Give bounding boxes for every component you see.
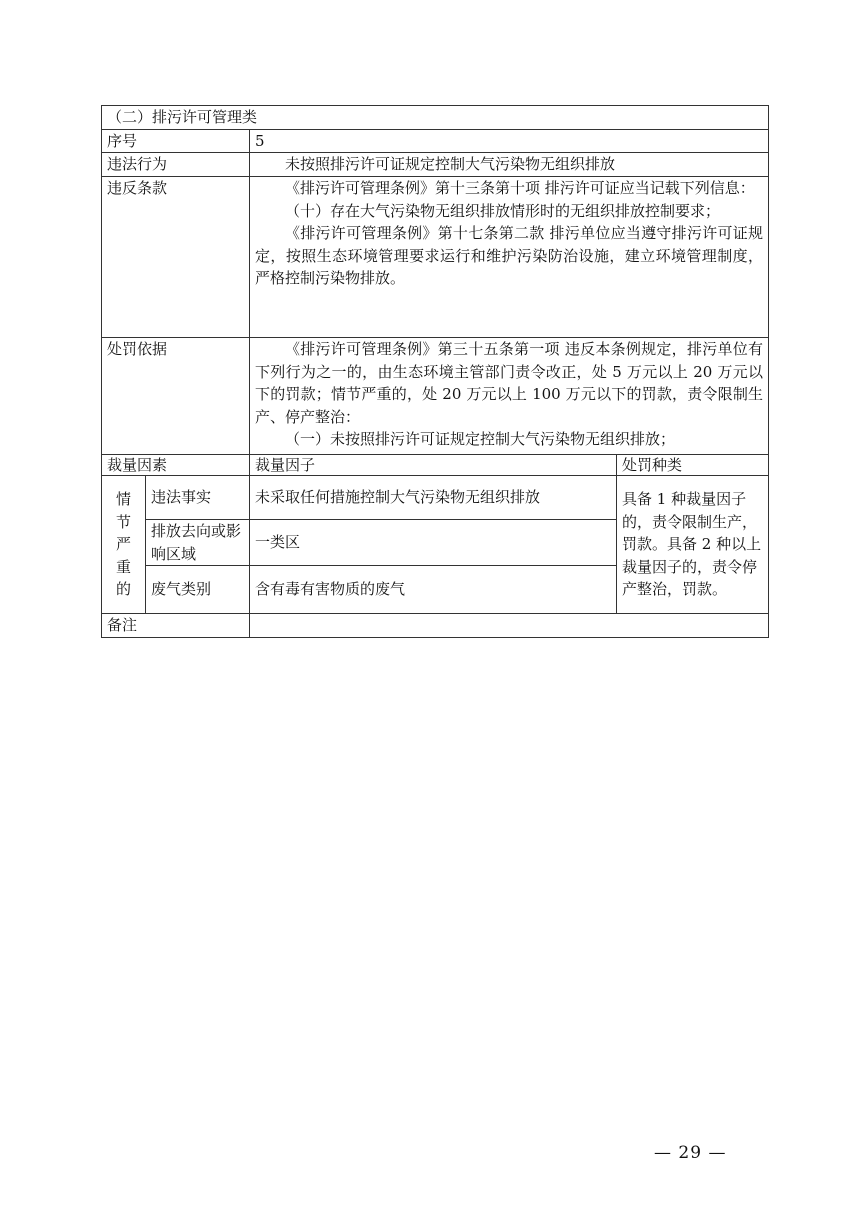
penalty-basis-text: 《排污许可管理条例》第三十五条第一项 违反本条例规定，排污单位有下列行为之一的，… (250, 338, 769, 455)
factor-name: 违法事实 (146, 476, 250, 520)
penalty-type-text: 具备 1 种裁量因子的，责令限制生产，罚款。具备 2 种以上裁量因子的，责令停产… (617, 476, 769, 614)
basis-paragraph: 《排污许可管理条例》第三十五条第一项 违反本条例规定，排污单位有下列行为之一的，… (255, 338, 763, 428)
discretion-factor-header: 裁量因子 (250, 455, 617, 476)
discretion-factors-header: 裁量因素 (102, 455, 250, 476)
violated-provisions-label: 违反条款 (102, 177, 250, 338)
penalty-basis-label: 处罚依据 (102, 338, 250, 455)
violation-value: 未按照排污许可证规定控制大气污染物无组织排放 (250, 153, 769, 177)
remarks-label: 备注 (102, 614, 250, 638)
group-char: 情 (102, 488, 145, 511)
violation-label: 违法行为 (102, 153, 250, 177)
factor-value: 未采取任何措施控制大气污染物无组织排放 (250, 476, 617, 520)
factor-name: 废气类别 (146, 566, 250, 614)
group-char: 严 (102, 533, 145, 556)
severity-group-label: 情 节 严 重 的 (102, 476, 146, 614)
penalty-discretion-table: （二）排污许可管理类 序号 5 违法行为 未按照排污许可证规定控制大气污染物无组… (101, 105, 769, 638)
page-number: — 29 — (654, 1143, 726, 1163)
remarks-value (250, 614, 769, 638)
factor-name: 排放去向或影响区域 (146, 520, 250, 566)
violated-provisions-text: 《排污许可管理条例》第十三条第十项 排污许可证应当记载下列信息： （十）存在大气… (250, 177, 769, 338)
section-title: （二）排污许可管理类 (102, 106, 769, 130)
serial-label: 序号 (102, 129, 250, 153)
group-char: 的 (102, 578, 145, 601)
penalty-type-header: 处罚种类 (617, 455, 769, 476)
provision-paragraph: 《排污许可管理条例》第十三条第十项 排污许可证应当记载下列信息： (255, 177, 763, 200)
group-char: 重 (102, 556, 145, 579)
group-char: 节 (102, 511, 145, 534)
basis-paragraph: （一）未按照排污许可证规定控制大气污染物无组织排放； (255, 428, 763, 451)
factor-value: 含有毒有害物质的废气 (250, 566, 617, 614)
serial-value: 5 (250, 129, 769, 153)
provision-paragraph: 《排污许可管理条例》第十七条第二款 排污单位应当遵守排污许可证规定，按照生态环境… (255, 222, 763, 290)
factor-value: 一类区 (250, 520, 617, 566)
provision-paragraph: （十）存在大气污染物无组织排放情形时的无组织排放控制要求； (255, 200, 763, 223)
